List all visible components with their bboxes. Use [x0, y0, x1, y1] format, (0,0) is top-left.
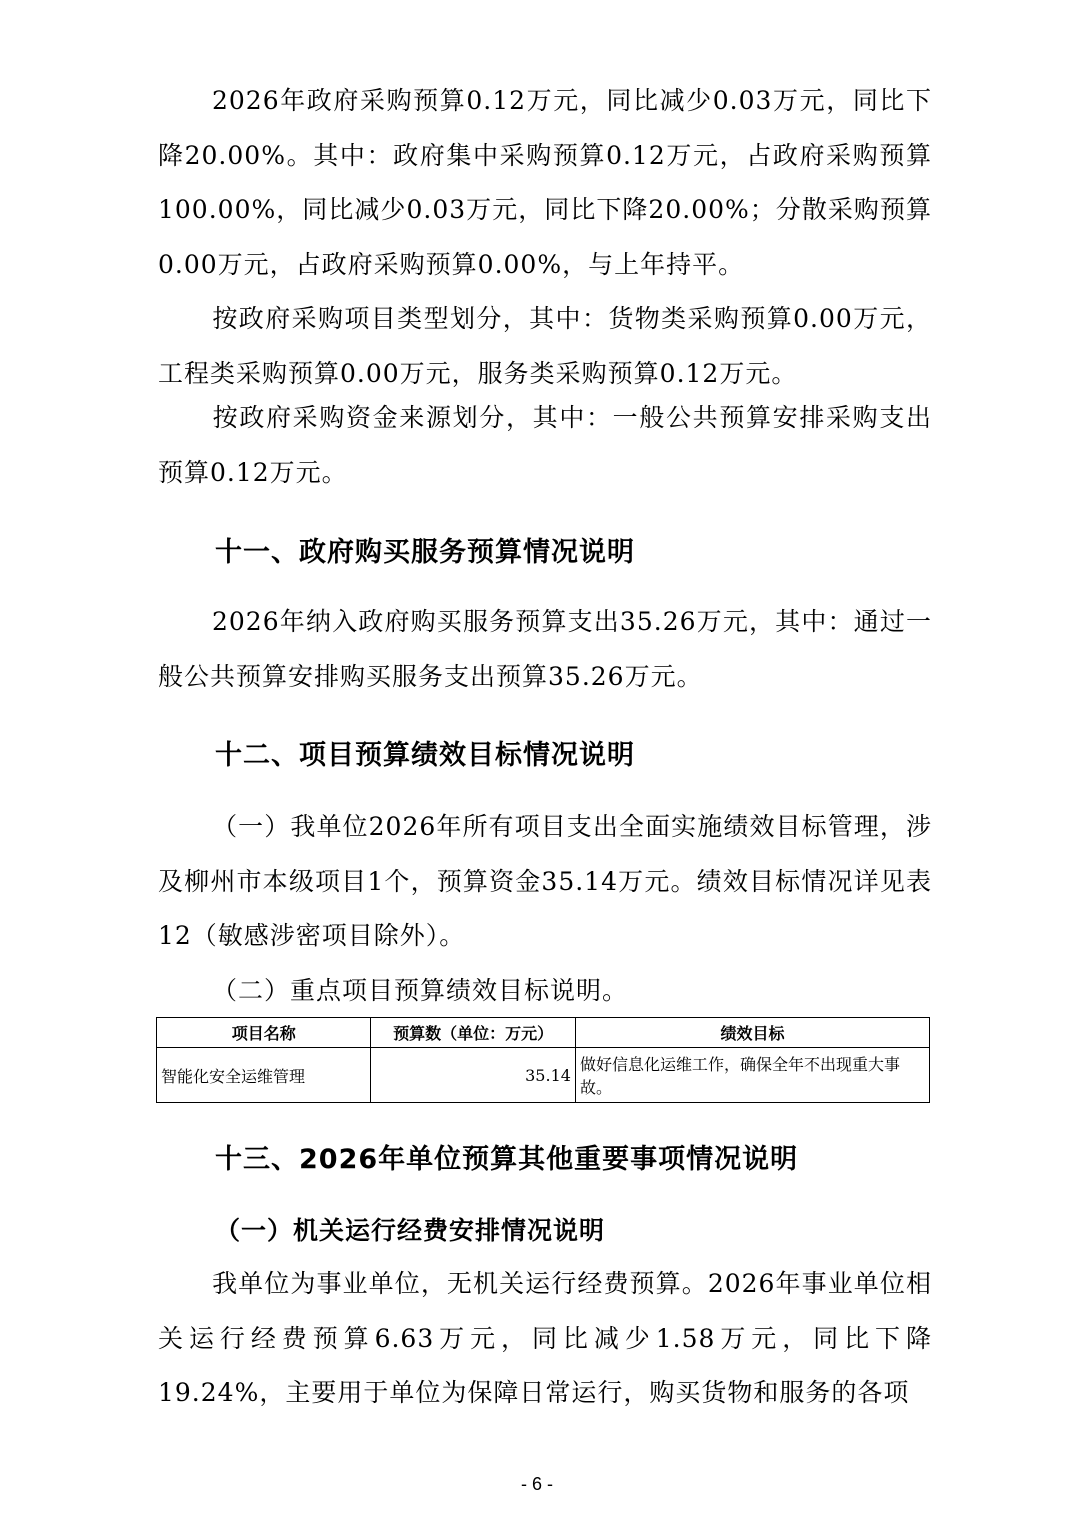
paragraph-purchase-services: 2026年纳入政府购买服务预算支出35.26万元，其中：通过一般公共预算安排购买… [158, 595, 932, 704]
heading-section-11: 十一、政府购买服务预算情况说明 [215, 530, 635, 569]
cell-budget-amount: 35.14 [371, 1048, 576, 1103]
paragraph-text: （一）我单位2026年所有项目支出全面实施绩效目标管理，涉及柳州市本级项目1个，… [158, 812, 932, 950]
heading-section-13: 十三、2026年单位预算其他重要事项情况说明 [215, 1137, 798, 1176]
paragraph-text: （二）重点项目预算绩效目标说明。 [212, 976, 628, 1005]
paragraph-procurement-type: 按政府采购项目类型划分，其中：货物类采购预算0.00万元，工程类采购预算0.00… [158, 292, 932, 401]
column-header-project-name: 项目名称 [157, 1018, 371, 1048]
page-number: - 6 - [0, 1474, 1074, 1495]
paragraph-key-project: （二）重点项目预算绩效目标说明。 [158, 964, 932, 1019]
paragraph-procurement-budget: 2026年政府采购预算0.12万元，同比减少0.03万元，同比下降20.00%。… [158, 74, 932, 292]
performance-goals-table: 项目名称 预算数（单位：万元） 绩效目标 智能化安全运维管理 35.14 做好信… [156, 1017, 930, 1103]
paragraph-performance-goals: （一）我单位2026年所有项目支出全面实施绩效目标管理，涉及柳州市本级项目1个，… [158, 800, 932, 964]
paragraph-text: 按政府采购项目类型划分，其中：货物类采购预算0.00万元，工程类采购预算0.00… [158, 304, 932, 388]
column-header-goal: 绩效目标 [575, 1018, 929, 1048]
paragraph-text: 2026年纳入政府购买服务预算支出35.26万元，其中：通过一般公共预算安排购买… [158, 607, 932, 691]
paragraph-text: 2026年政府采购预算0.12万元，同比减少0.03万元，同比下降20.00%。… [158, 86, 932, 279]
paragraph-text: 按政府采购资金来源划分，其中：一般公共预算安排采购支出预算0.12万元。 [158, 403, 932, 487]
paragraph-procurement-source: 按政府采购资金来源划分，其中：一般公共预算安排采购支出预算0.12万元。 [158, 391, 932, 500]
heading-section-12: 十二、项目预算绩效目标情况说明 [215, 733, 635, 772]
cell-project-name: 智能化安全运维管理 [157, 1048, 371, 1103]
table-header-row: 项目名称 预算数（单位：万元） 绩效目标 [157, 1018, 930, 1048]
table-row: 智能化安全运维管理 35.14 做好信息化运维工作，确保全年不出现重大事故。 [157, 1048, 930, 1103]
cell-performance-goal: 做好信息化运维工作，确保全年不出现重大事故。 [575, 1048, 929, 1103]
document-page: 2026年政府采购预算0.12万元，同比减少0.03万元，同比下降20.00%。… [0, 0, 1074, 1520]
heading-subsection-13-1: （一）机关运行经费安排情况说明 [215, 1211, 605, 1247]
column-header-budget: 预算数（单位：万元） [371, 1018, 576, 1048]
paragraph-operating-expenses: 我单位为事业单位，无机关运行经费预算。2026年事业单位相关运行经费预算6.63… [158, 1257, 932, 1421]
paragraph-text: 我单位为事业单位，无机关运行经费预算。2026年事业单位相关运行经费预算6.63… [158, 1269, 932, 1407]
